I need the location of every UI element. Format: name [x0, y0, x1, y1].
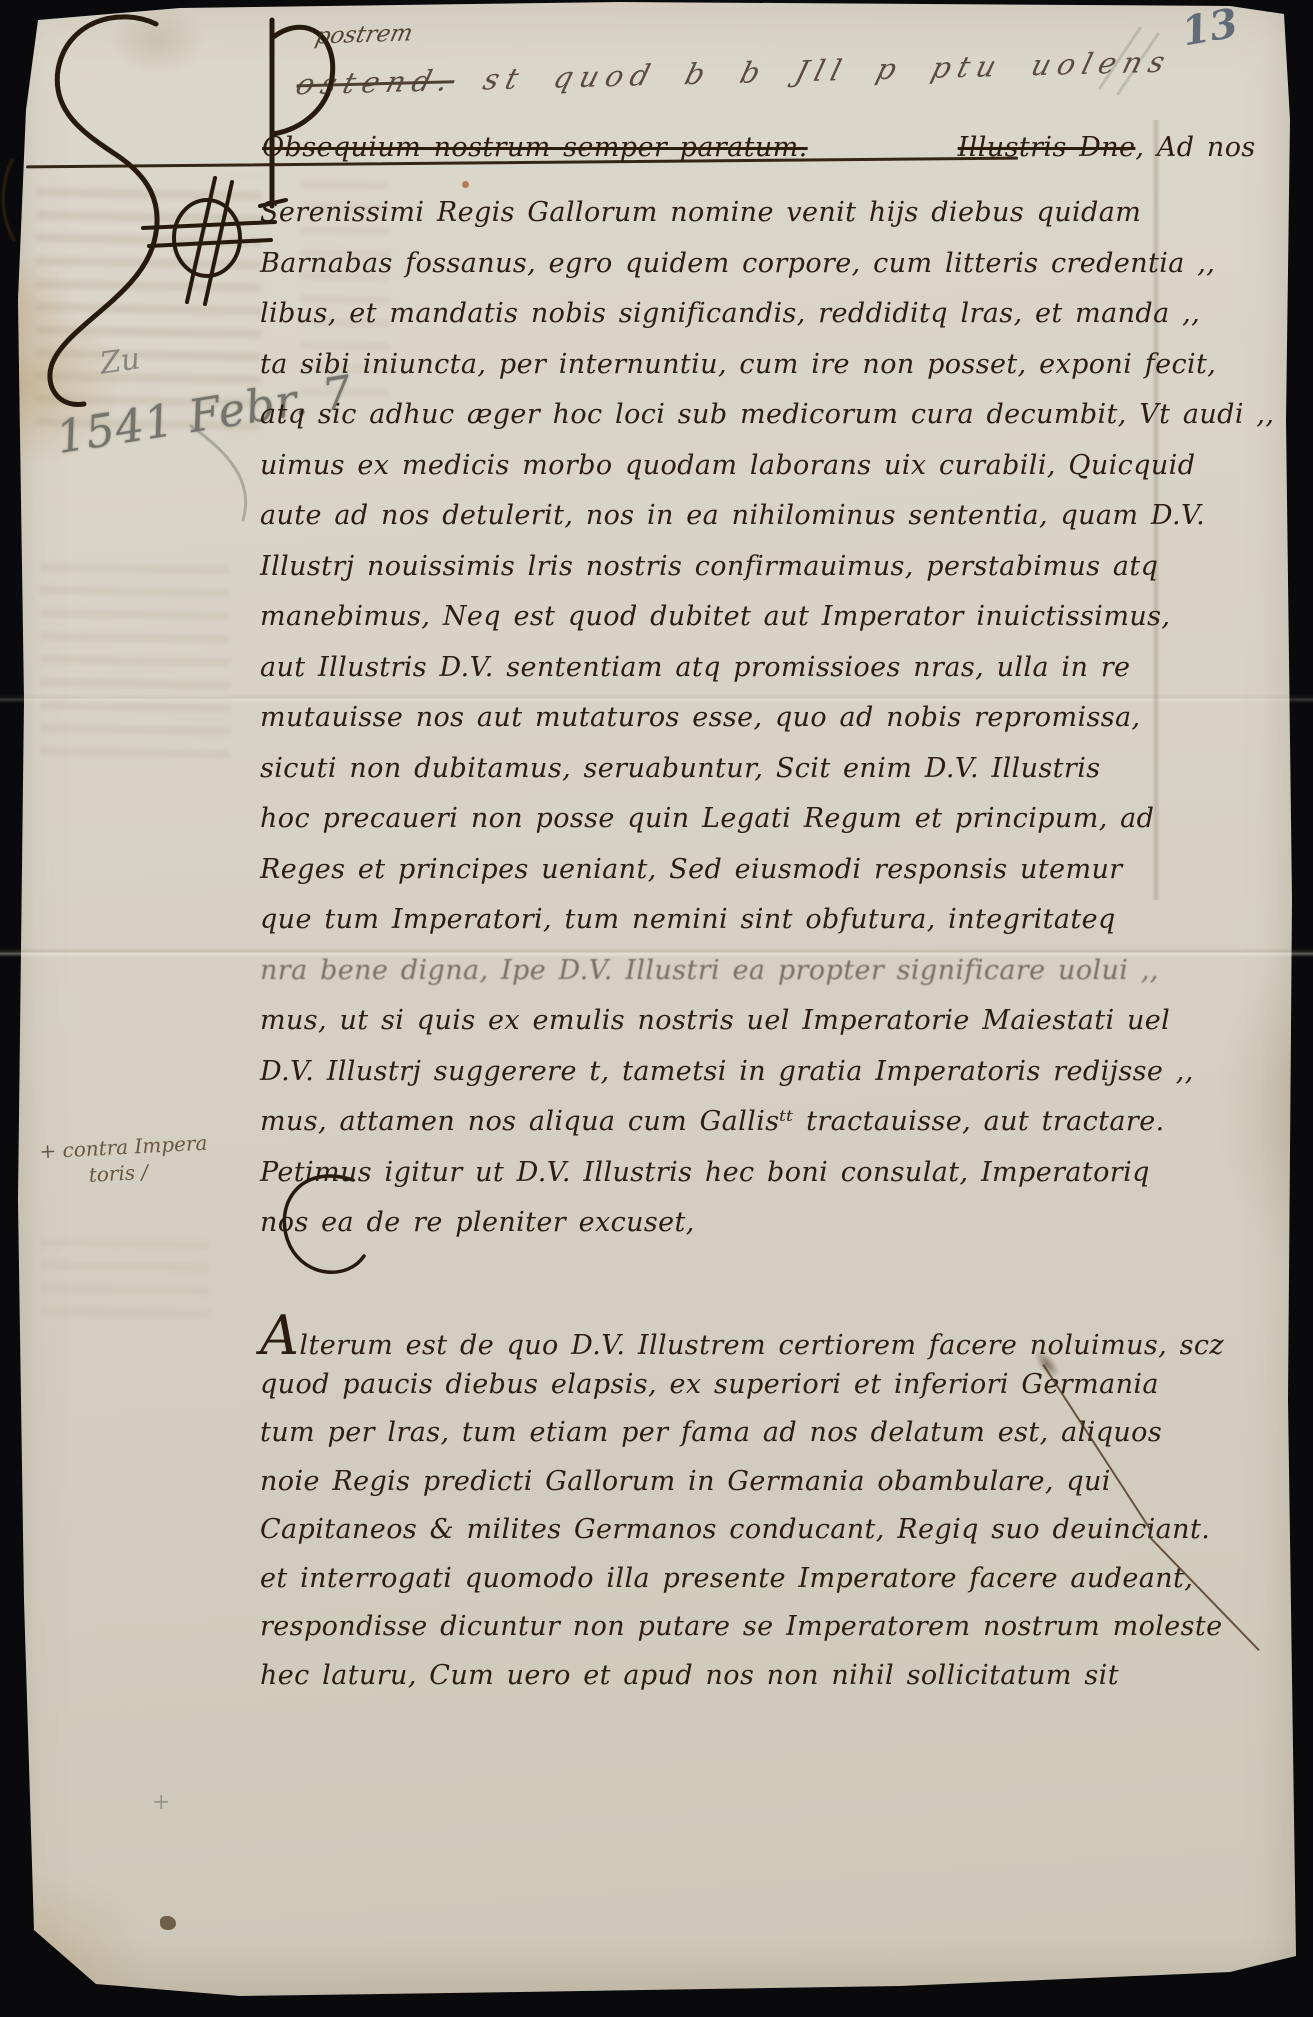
manuscript-line: hec laturu, Cum uero et apud nos non nih…: [260, 1652, 1224, 1701]
pencil-cross-mark: +: [152, 1790, 170, 1815]
manuscript-line: sicuti non dubitamus, seruabuntur, Scit …: [260, 744, 1274, 795]
rust-spot: [462, 181, 469, 188]
manuscript-line: aute ad nos detulerit, nos in ea nihilom…: [260, 491, 1274, 542]
manuscript-line: ta sibi iniuncta, per internuntiu, cum i…: [260, 340, 1274, 391]
manuscript-line: mus, attamen nos aliqua cum Gallisᵗᵗ tra…: [260, 1097, 1274, 1148]
manuscript-line: nra bene digna, Ipe D.V. Illustri ea pro…: [260, 946, 1274, 997]
manuscript-line: D.V. Illustrj suggerere t, tametsi in gr…: [260, 1047, 1274, 1098]
manuscript-line: aut Illustris D.V. sententiam atq promis…: [260, 643, 1274, 694]
manuscript-line: Barnabas fossanus, egro quidem corpore, …: [260, 239, 1274, 290]
interlinear-scribble: postrem: [313, 20, 415, 49]
manuscript-line: mutauisse nos aut mutaturos esse, quo ad…: [260, 693, 1274, 744]
pencil-note-zu: Zu: [98, 341, 143, 381]
manuscript-line: atq sic adhuc æger hoc loci sub medicoru…: [260, 390, 1274, 441]
manuscript-line: tum per lras, tum etiam per fama ad nos …: [260, 1409, 1224, 1458]
manuscript-line: Petimus igitur ut D.V. Illustris hec bon…: [260, 1148, 1274, 1199]
paragraph-2: Alterum est de quo D.V. Illustrem certio…: [260, 1312, 1224, 1700]
margin-note: + contra Impera toris /: [39, 1130, 210, 1191]
manuscript-line: quod paucis diebus elapsis, ex superiori…: [260, 1361, 1224, 1410]
salutation-tail: , Ad nos: [1135, 132, 1255, 163]
ink-bleedthrough: [40, 1240, 210, 1330]
ink-bleedthrough: [40, 560, 230, 770]
manuscript-line: Serenissimi Regis Gallorum nomine venit …: [260, 188, 1274, 239]
manuscript-line: respondisse dicuntur non putare se Imper…: [260, 1603, 1224, 1652]
paragraph-1: Serenissimi Regis Gallorum nomine venit …: [260, 188, 1274, 1249]
manuscript-line: manebimus, Neq est quod dubitet aut Impe…: [260, 592, 1274, 643]
folio-number: 13: [1178, 0, 1241, 55]
manuscript-line: et interrogati quomodo illa presente Imp…: [260, 1555, 1224, 1604]
ink-stain: [160, 1916, 176, 1930]
manuscript-line: mus, ut si quis ex emulis nostris uel Im…: [260, 996, 1274, 1047]
manuscript-line: Illustrj nouissimis lris nostris confirm…: [260, 542, 1274, 593]
manuscript-line: Capitaneos & milites Germanos conducant,…: [260, 1506, 1224, 1555]
manuscript-line: libus, et mandatis nobis significandis, …: [260, 289, 1274, 340]
scribble-struck-word: ostend.: [292, 63, 459, 101]
manuscript-line: noie Regis predicti Gallorum in Germania…: [260, 1458, 1224, 1507]
manuscript-line: nos ea de re pleniter excuset,: [260, 1198, 1274, 1249]
manuscript-line: que tum Imperatori, tum nemini sint obfu…: [260, 895, 1274, 946]
manuscript-line: Reges et principes ueniant, Sed eiusmodi…: [260, 845, 1274, 896]
manuscript-line: uimus ex medicis morbo quodam laborans u…: [260, 441, 1274, 492]
manuscript-line: hoc precaueri non posse quin Legati Regu…: [260, 794, 1274, 845]
manuscript-line: Alterum est de quo D.V. Illustrem certio…: [260, 1312, 1224, 1361]
